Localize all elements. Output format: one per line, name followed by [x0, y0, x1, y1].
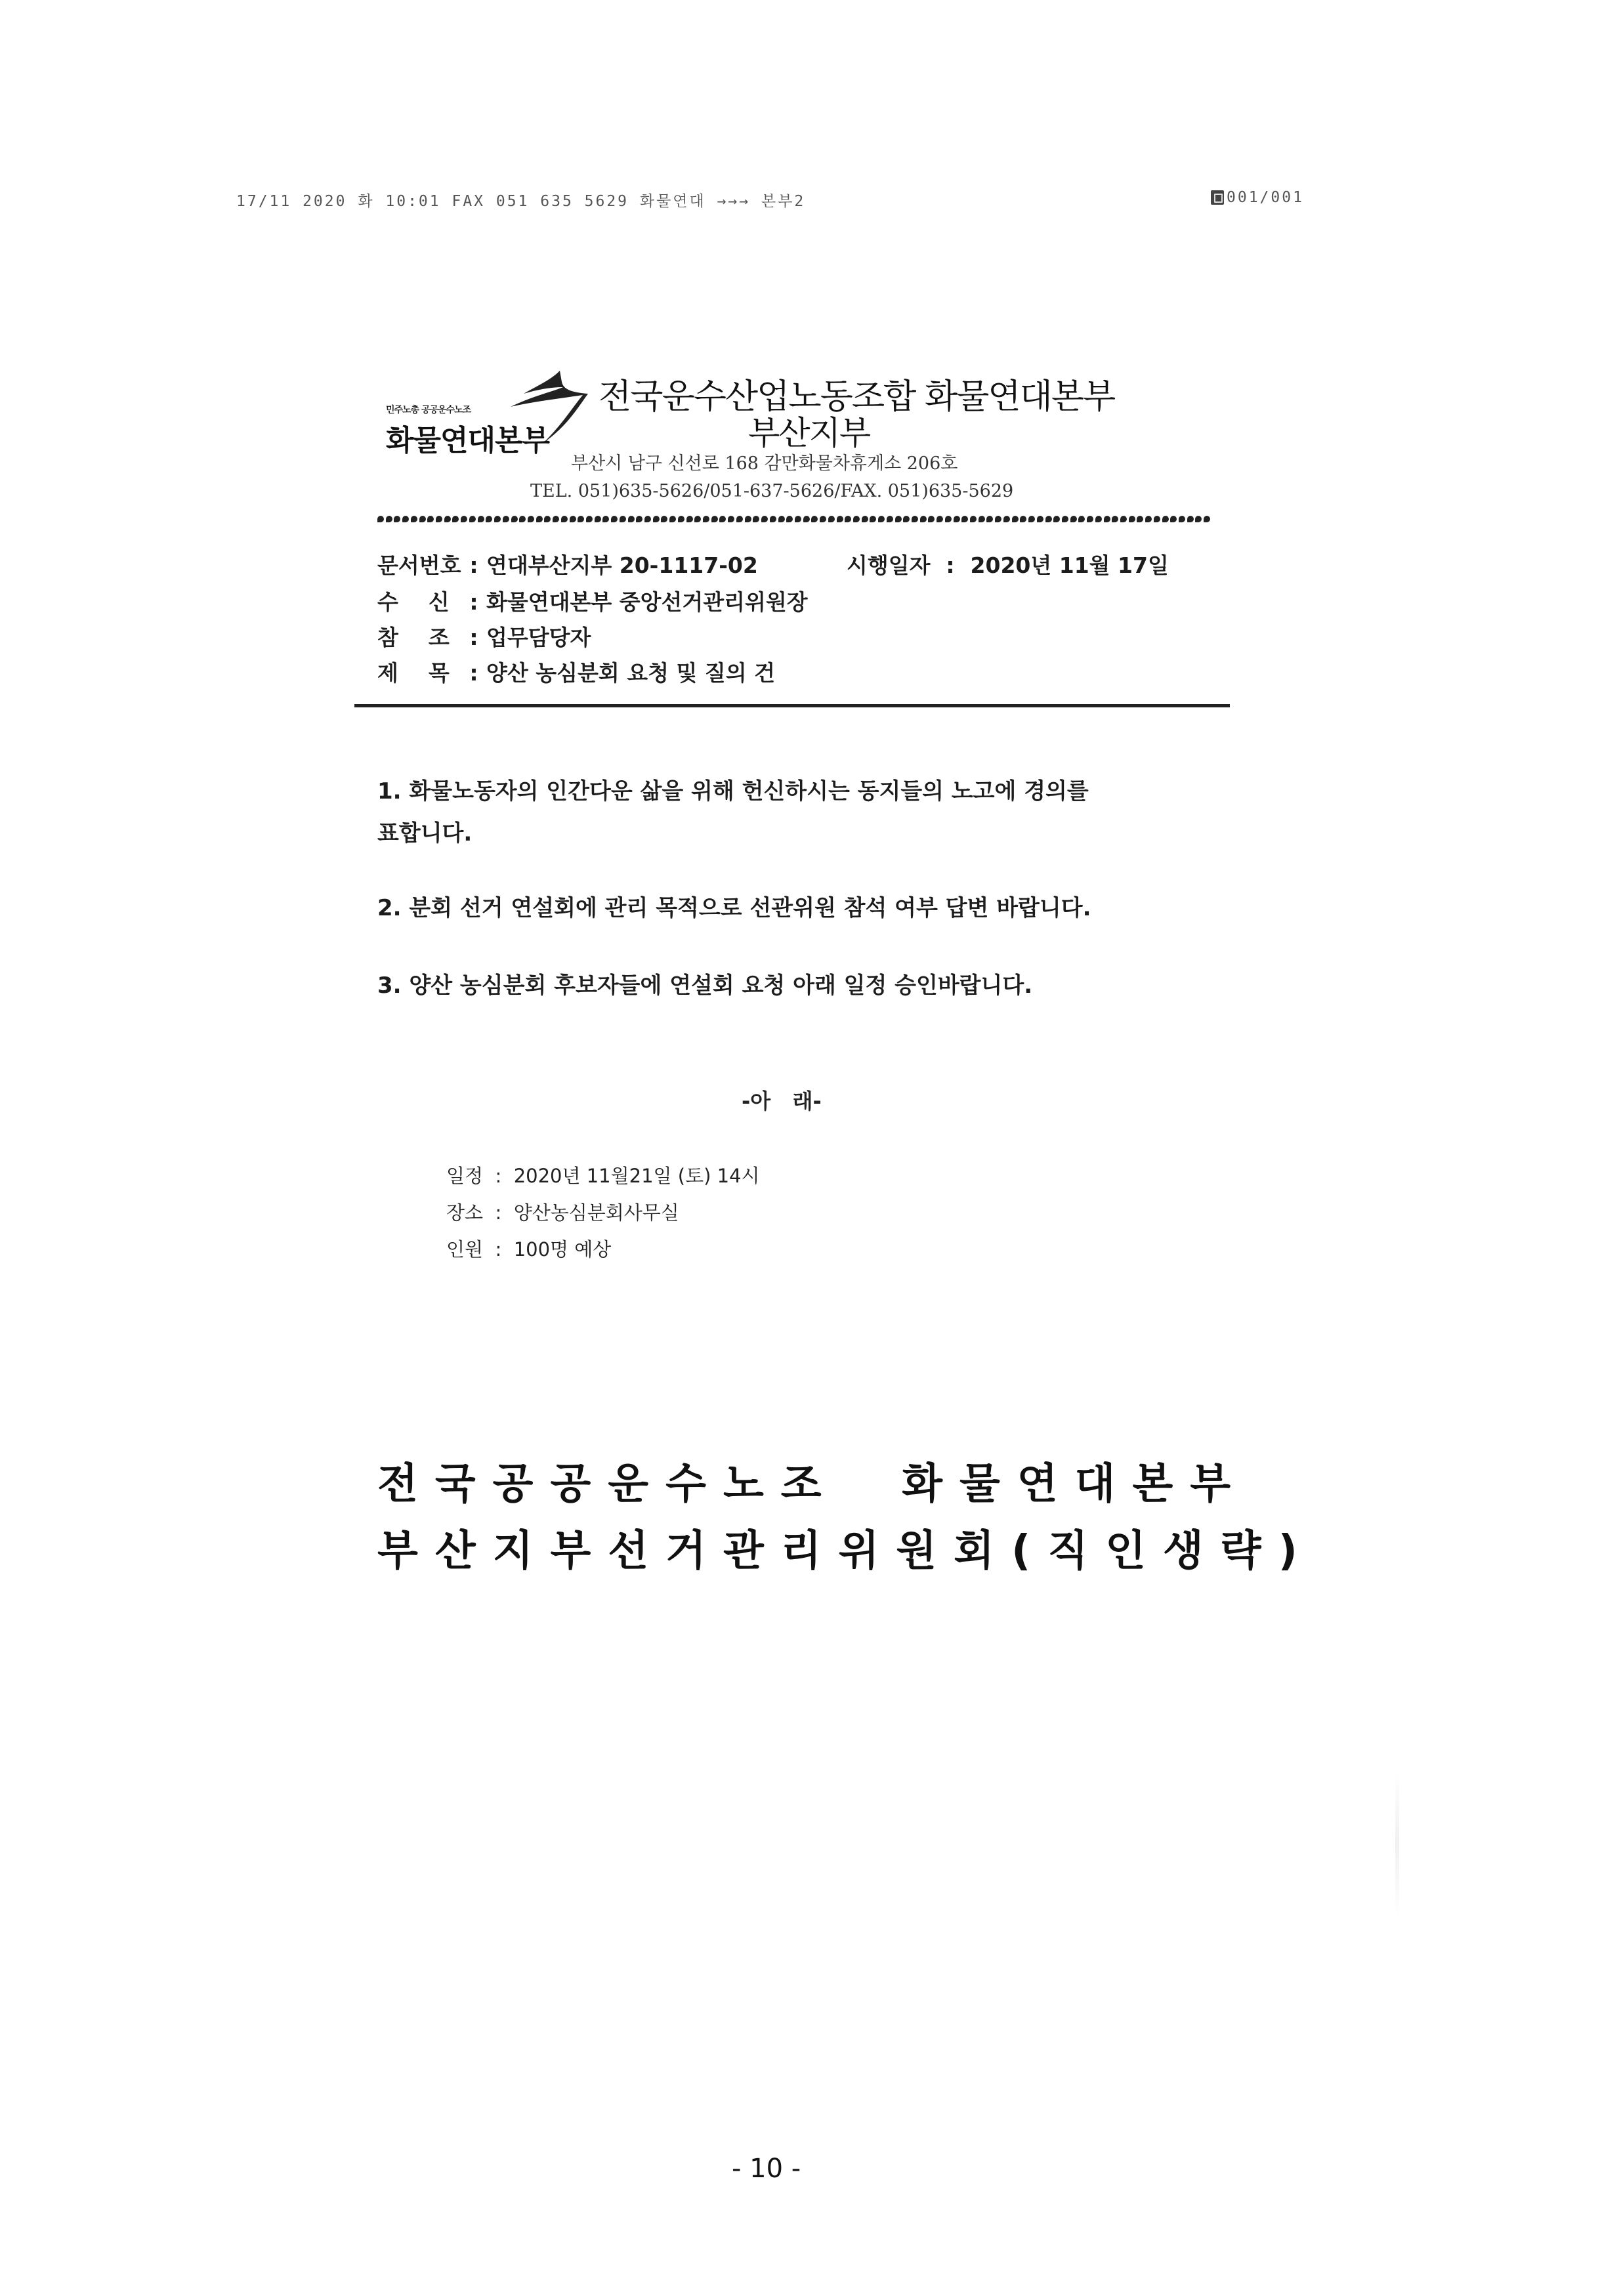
fax-transmission-header: 17/11 2020 화 10:01 FAX 051 635 5629 화물연대… [236, 189, 805, 211]
paragraph-3: 3. 양산 농심분회 후보자들에 연설회 요청 아래 일정 승인바랍니다. [377, 967, 1032, 999]
fax-page-counter: 001/001 [1211, 189, 1304, 206]
subject-label: 제목 [377, 656, 461, 687]
union-logo: 민주노총 공공운수노조 화물연대본부 [386, 367, 583, 453]
dotted-divider [377, 516, 1211, 529]
paragraph-1-continued: 표합니다. [377, 815, 472, 847]
doc-number-value: 연대부산지부 20-1117-02 [486, 553, 758, 578]
enforcement-date: 시행일자 : 2020년 11월 17일 [847, 549, 1169, 579]
paragraph-1: 1. 화물노동자의 인간다운 삶을 위해 헌신하시는 동지들의 노고에 경의를 [377, 773, 1089, 805]
fax-page-icon [1211, 190, 1224, 205]
document-number: 문서번호:연대부산지부 20-1117-02 [377, 549, 758, 579]
page-number: - 10 - [732, 2154, 801, 2184]
doc-number-label: 문서번호 [377, 549, 461, 579]
subject: 제목:양산 농심분회 요청 및 질의 건 [377, 656, 775, 687]
subject-value: 양산 농심분회 요청 및 질의 건 [486, 660, 775, 686]
reference-value: 업무담당자 [486, 625, 591, 650]
signature-line-2: 부산지부선거관리위원회(직인생략) [377, 1517, 1315, 1577]
branch-name: 부산지부 [748, 407, 870, 454]
detail-attendance: 인원 : 100명 예상 [446, 1235, 611, 1262]
recipient-label: 수신 [377, 585, 461, 616]
fax-page-count: 001/001 [1227, 189, 1304, 206]
paragraph-2: 2. 분회 선거 연설회에 관리 목적으로 선관위원 참석 여부 답변 바랍니다… [377, 890, 1091, 922]
reference-label: 참조 [377, 621, 461, 652]
enforce-date-value: 2020년 11월 17일 [971, 553, 1169, 578]
reference: 참조:업무담당자 [377, 621, 591, 652]
logo-subtitle: 민주노총 공공운수노조 [386, 403, 471, 416]
organization-address: 부산시 남구 신선로 168 감만화물차휴게소 206호 [571, 449, 958, 474]
details-heading: -아 래- [742, 1085, 822, 1115]
logo-title: 화물연대본부 [386, 417, 549, 459]
recipient: 수신:화물연대본부 중앙선거관리위원장 [377, 585, 808, 616]
organization-contact: TEL. 051)635-5626/051-637-5626/FAX. 051)… [530, 481, 1013, 501]
scan-edge-shadow [1395, 1772, 1399, 1916]
signature-line-1: 전국공공운수노조 화물연대본부 [377, 1450, 1248, 1511]
detail-location: 장소 : 양산농심분회사무실 [446, 1198, 679, 1225]
enforce-date-label: 시행일자 [847, 553, 931, 578]
header-rule [354, 704, 1230, 707]
detail-schedule: 일정 : 2020년 11월21일 (토) 14시 [446, 1161, 760, 1188]
recipient-value: 화물연대본부 중앙선거관리위원장 [486, 589, 808, 615]
